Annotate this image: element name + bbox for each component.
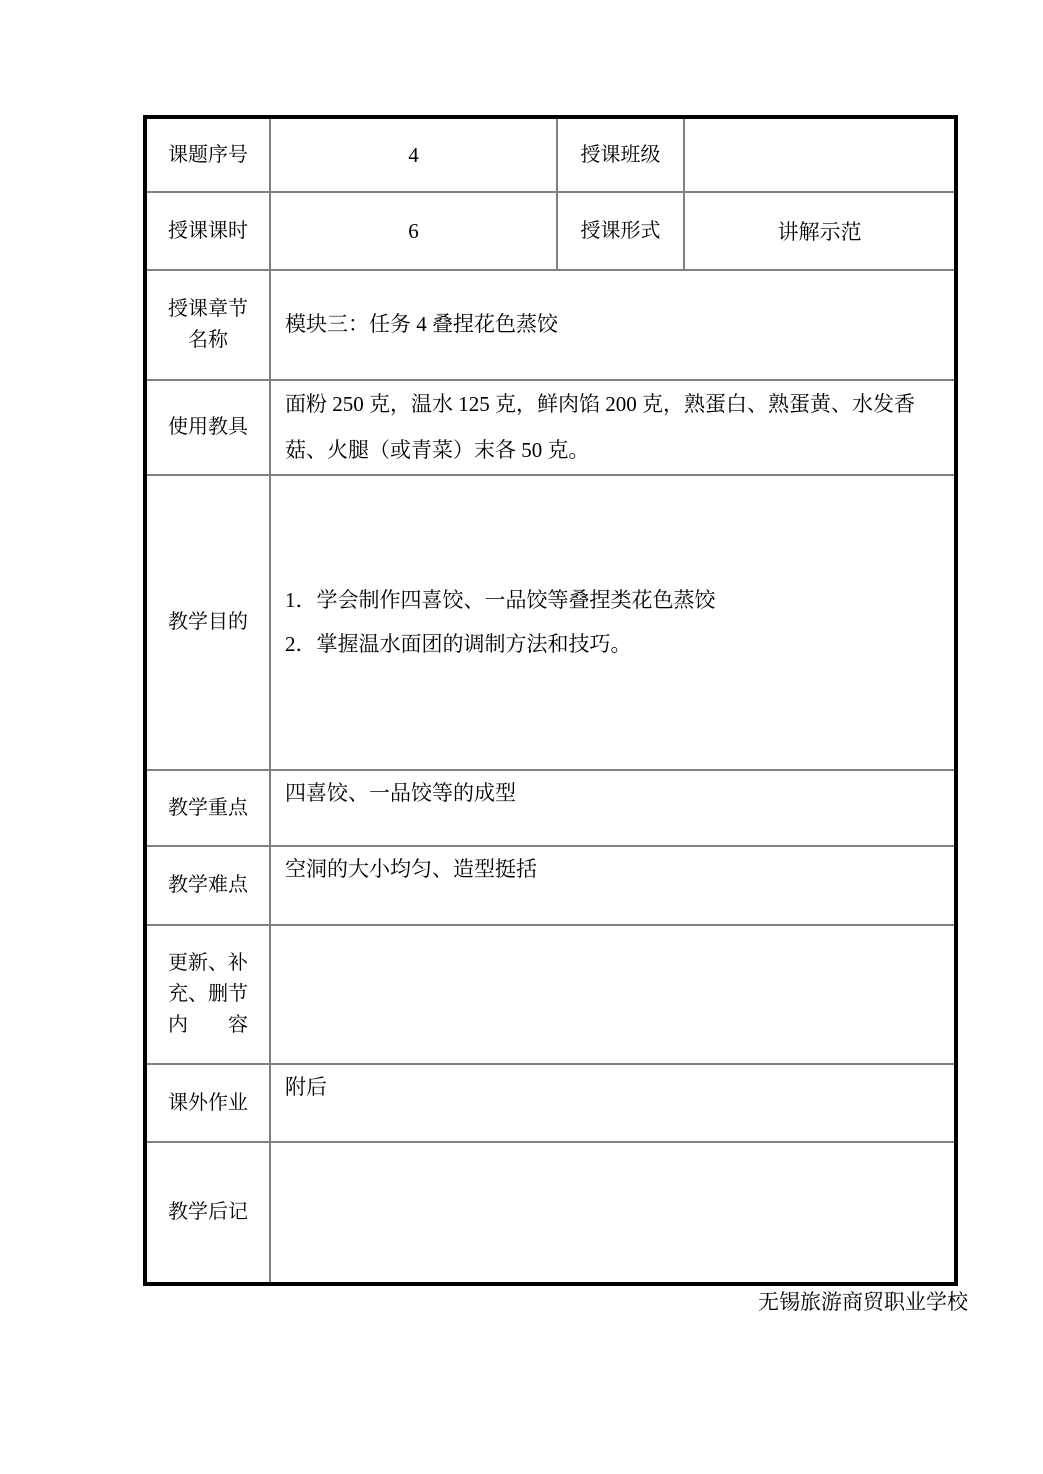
homework-label: 课外作业 bbox=[145, 1064, 270, 1142]
updates-label: 更新、补 充、删节 内 容 bbox=[145, 925, 270, 1064]
tools-label: 使用教具 bbox=[145, 380, 270, 475]
class-label: 授课班级 bbox=[557, 117, 684, 192]
hours-value: 6 bbox=[270, 192, 557, 270]
row-hours: 授课课时 6 授课形式 讲解示范 bbox=[145, 192, 956, 270]
row-notes: 教学后记 bbox=[145, 1142, 956, 1284]
row-lesson-number: 课题序号 4 授课班级 bbox=[145, 117, 956, 192]
difficulties-label: 教学难点 bbox=[145, 846, 270, 925]
row-key-points: 教学重点 四喜饺、一品饺等的成型 bbox=[145, 770, 956, 846]
row-chapter: 授课章节 名称 模块三：任务 4 叠捏花色蒸饺 bbox=[145, 270, 956, 380]
objectives-value: 1．学会制作四喜饺、一品饺等叠捏类花色蒸饺 2．掌握温水面团的调制方法和技巧。 bbox=[270, 475, 956, 770]
row-objectives: 教学目的 1．学会制作四喜饺、一品饺等叠捏类花色蒸饺 2．掌握温水面团的调制方法… bbox=[145, 475, 956, 770]
row-updates: 更新、补 充、删节 内 容 bbox=[145, 925, 956, 1064]
key-points-label: 教学重点 bbox=[145, 770, 270, 846]
lesson-plan-table: 课题序号 4 授课班级 授课课时 6 授课形式 讲解示范 授课章节 名称 模块三… bbox=[143, 115, 958, 1286]
form-label: 授课形式 bbox=[557, 192, 684, 270]
tools-value: 面粉 250 克，温水 125 克，鲜肉馅 200 克，熟蛋白、熟蛋黄、水发香菇… bbox=[270, 380, 956, 475]
updates-value bbox=[270, 925, 956, 1064]
difficulties-value: 空洞的大小均匀、造型挺括 bbox=[270, 846, 956, 925]
lesson-number-label: 课题序号 bbox=[145, 117, 270, 192]
key-points-value: 四喜饺、一品饺等的成型 bbox=[270, 770, 956, 846]
objectives-label: 教学目的 bbox=[145, 475, 270, 770]
form-value: 讲解示范 bbox=[684, 192, 956, 270]
document-page: 课题序号 4 授课班级 授课课时 6 授课形式 讲解示范 授课章节 名称 模块三… bbox=[0, 0, 1043, 1474]
notes-label: 教学后记 bbox=[145, 1142, 270, 1284]
lesson-number-value: 4 bbox=[270, 117, 557, 192]
chapter-value: 模块三：任务 4 叠捏花色蒸饺 bbox=[270, 270, 956, 380]
class-value bbox=[684, 117, 956, 192]
chapter-label: 授课章节 名称 bbox=[145, 270, 270, 380]
row-homework: 课外作业 附后 bbox=[145, 1064, 956, 1142]
notes-value bbox=[270, 1142, 956, 1284]
homework-value: 附后 bbox=[270, 1064, 956, 1142]
hours-label: 授课课时 bbox=[145, 192, 270, 270]
row-difficulties: 教学难点 空洞的大小均匀、造型挺括 bbox=[145, 846, 956, 925]
school-name-footer: 无锡旅游商贸职业学校 bbox=[758, 1286, 968, 1316]
row-tools: 使用教具 面粉 250 克，温水 125 克，鲜肉馅 200 克，熟蛋白、熟蛋黄… bbox=[145, 380, 956, 475]
